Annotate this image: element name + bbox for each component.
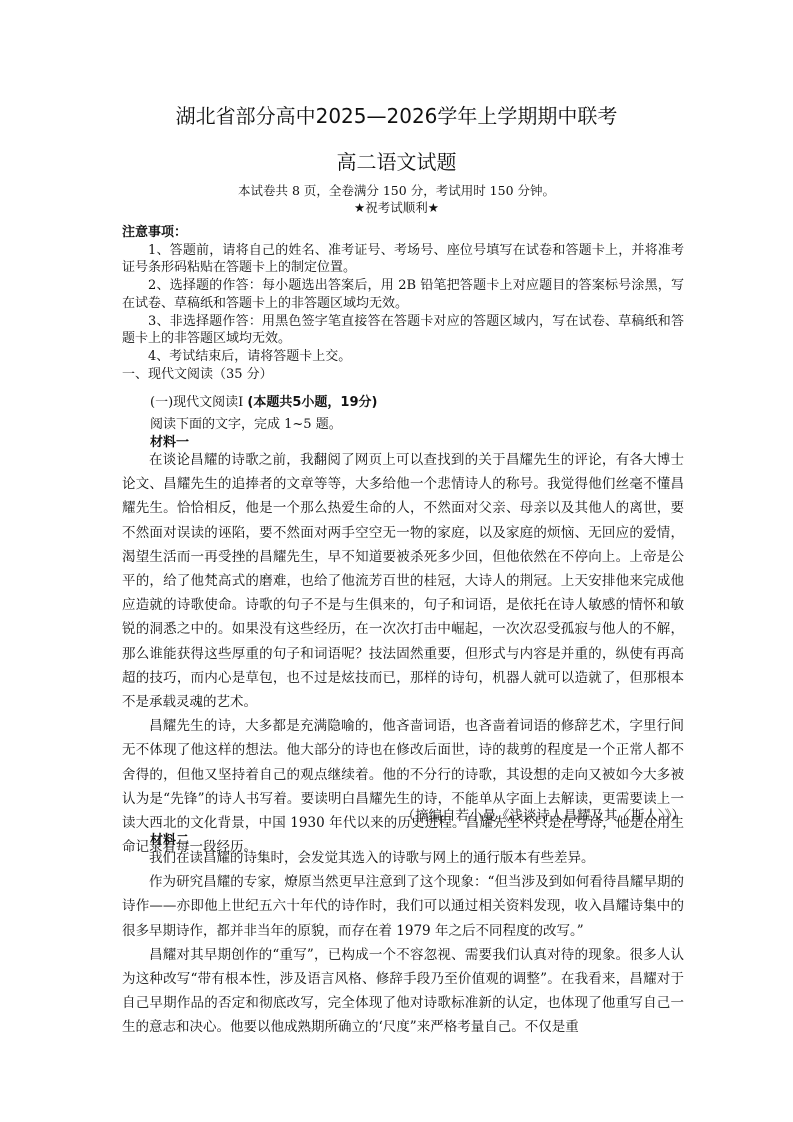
exam-info: 本试卷共 8 页，全卷满分 150 分，考试用时 150 分钟。 (0, 181, 793, 199)
exam-title: 湖北省部分高中2025—2026学年上学期期中联考 (0, 100, 793, 129)
good-luck-line: ★祝考试顺利★ (0, 198, 793, 216)
note-item: 4、考试结束后，请将答题卡上交。 (122, 348, 684, 366)
note-item: 3、非选择题作答：用黑色签字笔直接答在答题卡对应的答题区域内，写在试卷、草稿纸和… (122, 313, 684, 348)
note-item: 1、答题前，请将自己的姓名、准考证号、考场号、座位号填写在试卷和答题卡上，并将准… (122, 242, 684, 277)
paragraph: 在谈论昌耀的诗歌之前，我翻阅了网页上可以查找到的关于昌耀先生的评论，有各大博士论… (122, 448, 684, 714)
material-1-body: 在谈论昌耀的诗歌之前，我翻阅了网页上可以查找到的关于昌耀先生的评论，有各大博士论… (122, 448, 684, 859)
notes-heading: 注意事项： (122, 224, 684, 242)
notes-section: 注意事项： 1、答题前，请将自己的姓名、准考证号、考场号、座位号填写在试卷和答题… (122, 224, 684, 383)
reading-instruction: 阅读下面的文字，完成 1~5 题。 (150, 413, 342, 432)
paper-title: 高二语文试题 (0, 146, 793, 175)
paragraph: 昌耀对其早期创作的“重写”，已构成一个不容忽视、需要我们认真对待的现象。很多人认… (122, 943, 684, 1040)
subsection-label: (一)现代文阅读Ⅰ (150, 395, 243, 410)
subsection-title: (一)现代文阅读Ⅰ (本题共5小题，19分) (150, 391, 377, 410)
paragraph: 作为研究昌耀的专家，燎原当然更早注意到了这个现象：“但当涉及到如何看待昌耀早期的… (122, 870, 684, 943)
paragraph: 昌耀先生的诗，大多都是充满隐喻的，他吝啬词语，也吝啬着词语的修辞艺术，字里行间无… (122, 714, 684, 859)
section-title: 一、现代文阅读（35 分） (122, 366, 684, 384)
exam-page: 湖北省部分高中2025—2026学年上学期期中联考 高二语文试题 本试卷共 8 … (0, 0, 793, 1122)
subsection-detail: (本题共5小题，19分) (247, 395, 377, 410)
paragraph: 我们在读昌耀的诗集时，会发觉其选入的诗歌与网上的通行版本有些差异。 (122, 846, 684, 870)
note-item: 2、选择题的作答：每小题选出答案后，用 2B 铅笔把答题卡上对应题目的答案标号涂… (122, 277, 684, 312)
material-1-source: （摘编自若小曼《浅谈诗人昌耀及其〈斯人〉》） (402, 804, 686, 824)
material-2-body: 我们在读昌耀的诗集时，会发觉其选入的诗歌与网上的通行版本有些差异。 作为研究昌耀… (122, 846, 684, 1040)
